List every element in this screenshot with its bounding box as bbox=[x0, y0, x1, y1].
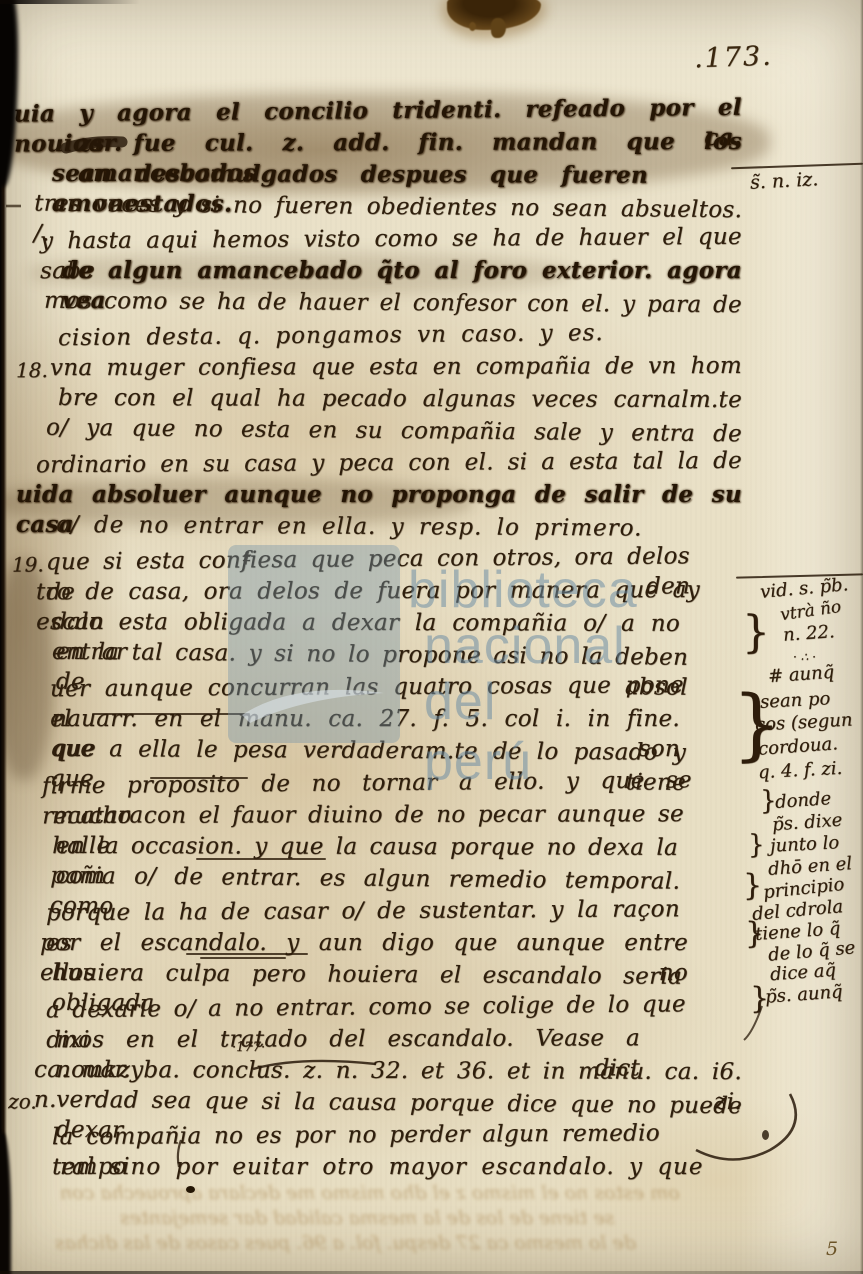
manuscript-scan: .173. uia y agora el concilio tridenti. … bbox=[0, 0, 863, 1274]
margin-tail bbox=[744, 1006, 762, 1040]
strike-through bbox=[253, 1061, 376, 1069]
parchment-page: .173. uia y agora el concilio tridenti. … bbox=[0, 0, 863, 1274]
small-stroke bbox=[178, 1140, 181, 1167]
blot-strike bbox=[66, 142, 122, 148]
pen-flourishes bbox=[0, 0, 863, 1274]
scan-edge-top bbox=[0, 0, 140, 4]
scan-edge-left bbox=[0, 0, 7, 1274]
descender-flourish bbox=[696, 1094, 796, 1160]
